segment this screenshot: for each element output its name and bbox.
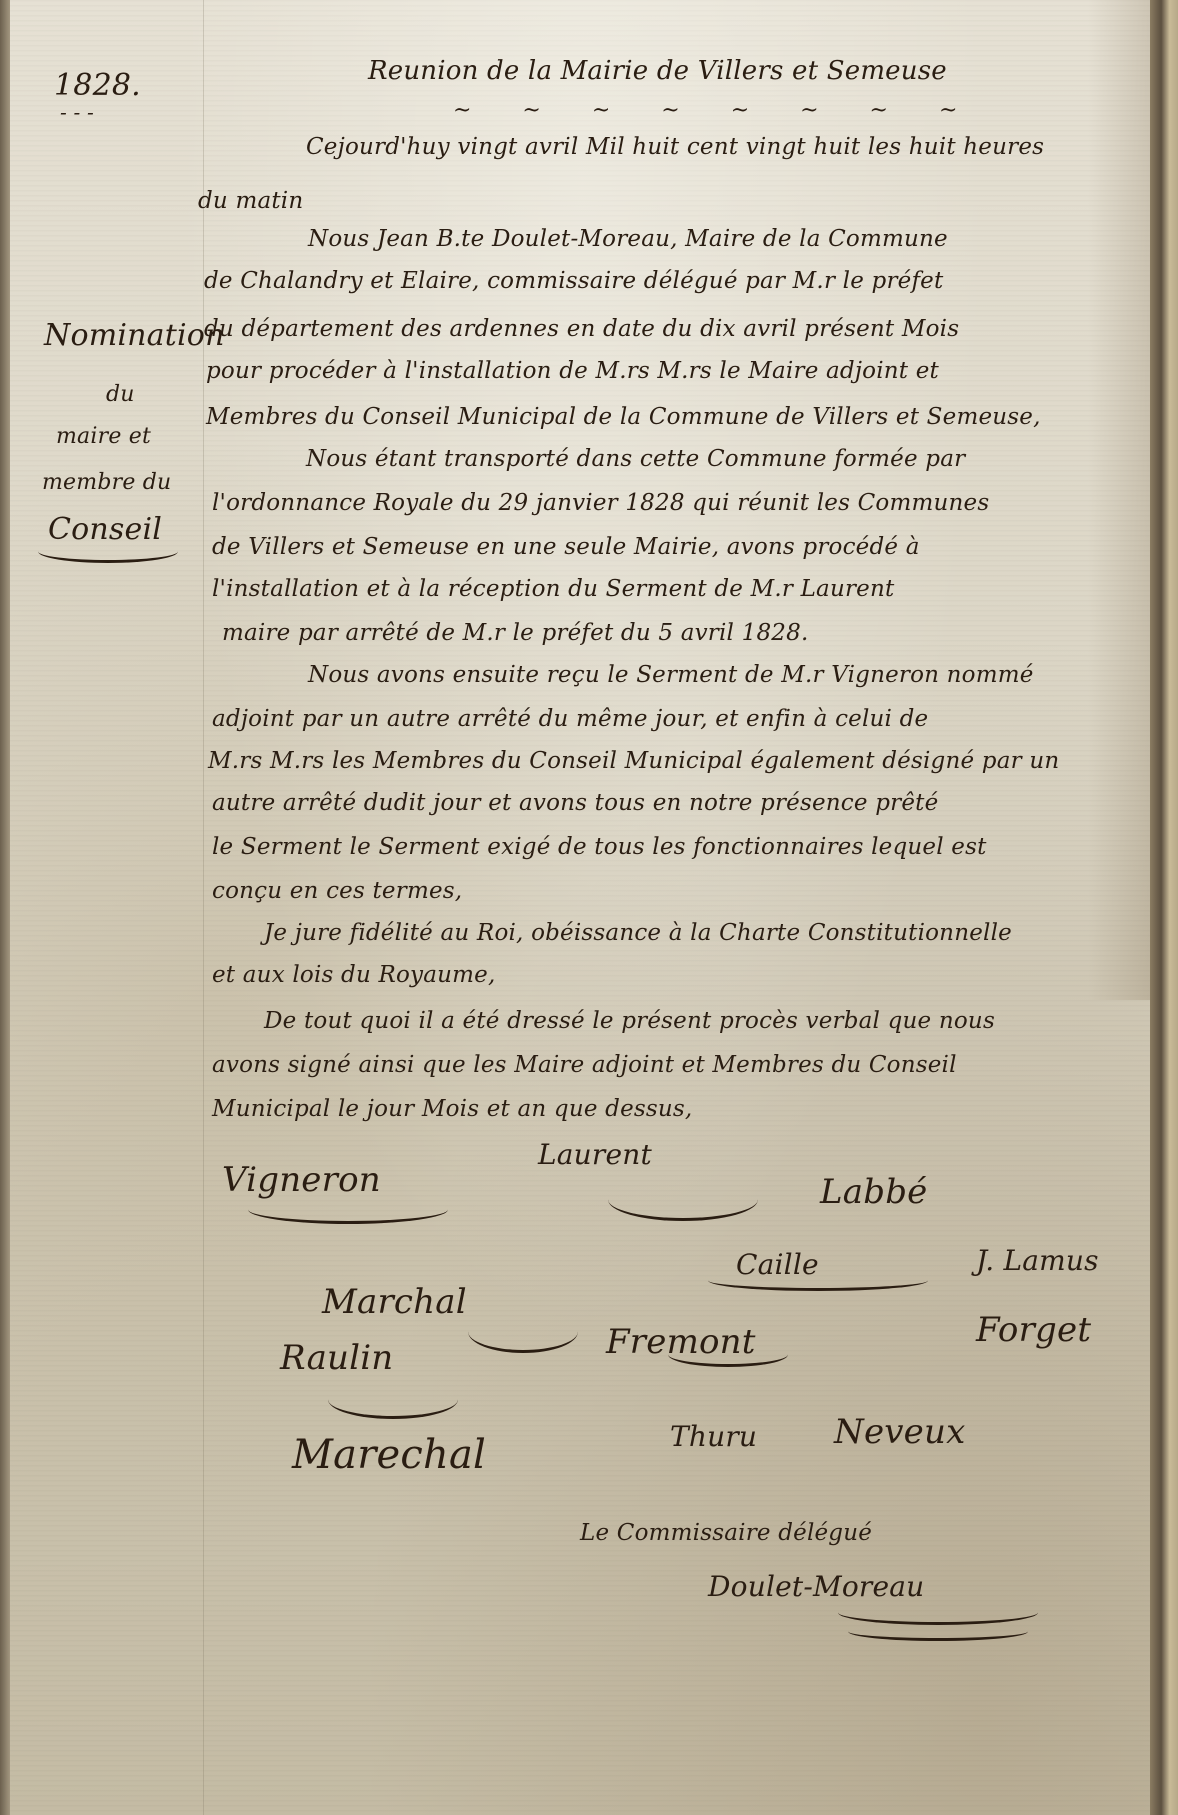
signature: Neveux [834,1412,965,1452]
body-line: conçu en ces termes, [212,878,462,904]
body-line: Cejourd'huy vingt avril Mil huit cent vi… [306,134,1044,160]
body-line: Je jure fidélité au Roi, obéissance à la… [264,920,1012,946]
margin-note-line: Nomination [44,318,225,353]
signature-flourish [248,1195,448,1224]
signature: Labbé [820,1172,928,1212]
body-line: avons signé ainsi que les Maire adjoint … [212,1052,957,1078]
signature: Marchal [322,1282,467,1322]
signature-flourish [668,1342,788,1367]
body-line: l'installation et à la réception du Serm… [212,576,894,602]
book-gutter-shadow [1150,0,1178,1815]
body-line: le Serment le Serment exigé de tous les … [212,834,987,860]
signature: J. Lamus [976,1244,1099,1277]
signature: Marechal [292,1432,486,1478]
body-line: autre arrêté dudit jour et avons tous en… [212,790,938,816]
book-binding-edge [0,0,10,1815]
body-line: maire par arrêté de M.r le préfet du 5 a… [222,620,808,646]
body-line: Municipal le jour Mois et an que dessus, [212,1096,692,1122]
body-line: Nous Jean B.te Doulet-Moreau, Maire de l… [308,226,948,252]
signature-flourish [328,1380,458,1419]
body-line: Membres du Conseil Municipal de la Commu… [206,404,1041,430]
body-line: pour procéder à l'installation de M.rs M… [206,358,939,384]
body-line: De tout quoi il a été dressé le présent … [264,1008,995,1034]
body-line: du matin [198,188,303,214]
signature: Vigneron [222,1160,381,1200]
body-line: de Chalandry et Elaire, commissaire délé… [204,268,943,294]
manuscript-page: 1828. - - - Reunion de la Mairie de Vill… [8,0,1158,1815]
year-marker: 1828. [54,68,141,103]
body-line: du département des ardennes en date du d… [204,316,959,342]
body-line: M.rs M.rs les Membres du Conseil Municip… [208,748,1059,774]
signature-flourish [608,1178,758,1221]
signature-flourish [848,1622,1028,1641]
margin-flourish [38,540,178,563]
signature-flourish [708,1270,928,1291]
signature: Forget [976,1310,1091,1350]
signature: Raulin [280,1338,393,1378]
margin-note-line: membre du [42,470,171,495]
title-ornament: ~ ~ ~ ~ ~ ~ ~ ~ [453,98,979,123]
body-line: et aux lois du Royaume, [212,962,496,988]
closing-signature: Doulet-Moreau [708,1570,924,1603]
signature: Laurent [538,1138,652,1171]
body-line: de Villers et Semeuse en une seule Mairi… [212,534,920,560]
body-line: adjoint par un autre arrêté du même jour… [212,706,928,732]
margin-note-line: du [106,382,135,407]
body-line: l'ordonnance Royale du 29 janvier 1828 q… [212,490,989,516]
document-title: Reunion de la Mairie de Villers et Semeu… [368,56,947,86]
closing-label: Le Commissaire délégué [580,1520,872,1546]
margin-note-line: maire et [56,424,151,449]
body-line: Nous avons ensuite reçu le Serment de M.… [308,662,1034,688]
signature-flourish [468,1310,578,1353]
year-marker-dashes: - - - [60,100,94,124]
signature: Thuru [670,1420,757,1453]
body-line: Nous étant transporté dans cette Commune… [306,446,965,472]
